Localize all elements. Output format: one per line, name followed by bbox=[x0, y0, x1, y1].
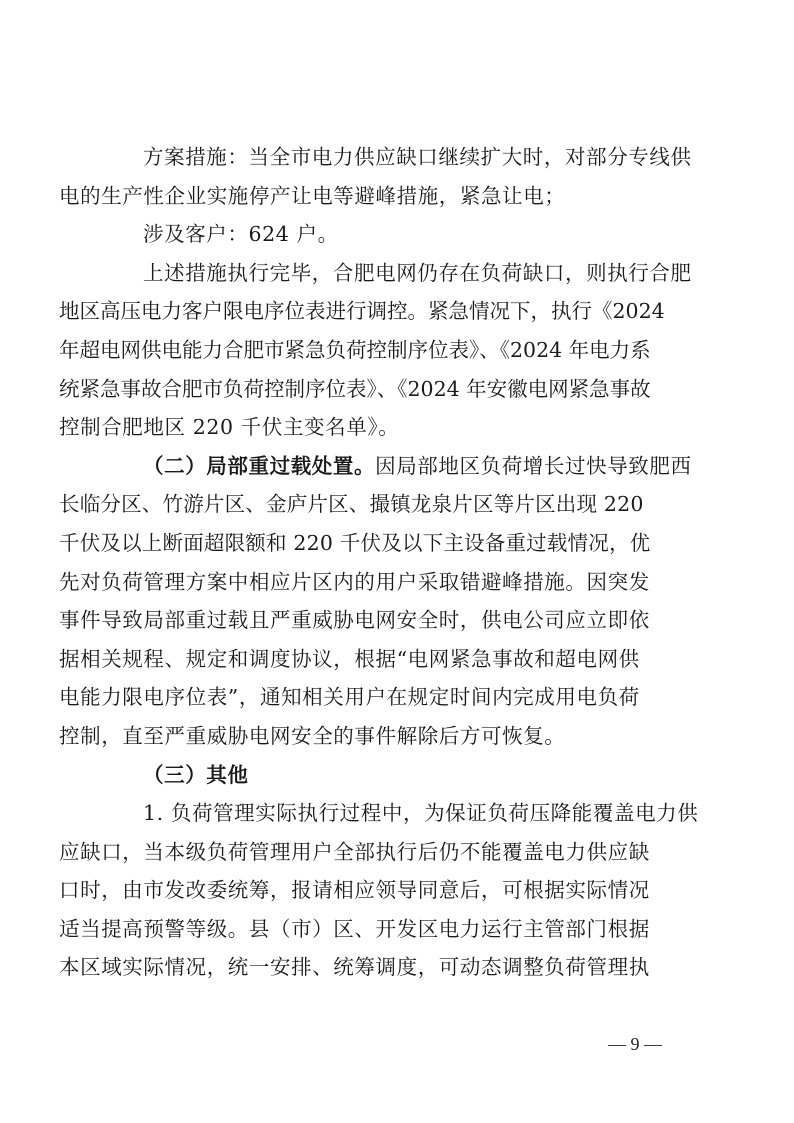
text-line: 应缺口，当本级负荷管理用户全部执行后仍不能覆盖电力供应缺 bbox=[101, 833, 695, 872]
section-heading: （二）局部重过载处置。 bbox=[143, 454, 375, 478]
section-heading-other: （三）其他 bbox=[101, 756, 695, 795]
text-line: 本区域实际情况，统一安排、统筹调度，可动态调整负荷管理执 bbox=[101, 948, 695, 987]
text-line: 电能力限电序位表”，通知相关用户在规定时间内完成用电负荷 bbox=[101, 678, 695, 717]
text-line: 事件导致局部重过载且严重威胁电网安全时，供电公司应立即依 bbox=[101, 601, 695, 640]
text-line: 统紧急事故合肥市负荷控制序位表》、《2024 年安徽电网紧急事故 bbox=[101, 370, 695, 409]
text-line: 涉及客户：624 户。 bbox=[101, 215, 695, 254]
text-line: 长临分区、竹游片区、金庐片区、撮镇龙泉片区等片区出现 220 bbox=[101, 485, 695, 524]
paragraph-after-measures: 上述措施执行完毕，合肥电网仍存在负荷缺口，则执行合肥 地区高压电力客户限电序位表… bbox=[101, 254, 695, 447]
text-line: 控制合肥地区 220 千伏主变名单》。 bbox=[101, 408, 695, 447]
paragraph-item-1: 1. 负荷管理实际执行过程中，为保证负荷压降能覆盖电力供 应缺口，当本级负荷管理… bbox=[101, 794, 695, 987]
text-line: 地区高压电力客户限电序位表进行调控。紧急情况下，执行《2024 bbox=[101, 292, 695, 331]
text-line: （二）局部重过载处置。因局部地区负荷增长过快导致肥西 bbox=[101, 447, 695, 486]
paragraph-plan-measures: 方案措施：当全市电力供应缺口继续扩大时，对部分专线供 电的生产性企业实施停产让电… bbox=[101, 138, 695, 215]
text-line: 方案措施：当全市电力供应缺口继续扩大时，对部分专线供 bbox=[101, 138, 695, 177]
text-run: 因局部地区负荷增长过快导致肥西 bbox=[375, 454, 692, 478]
text-line: 适当提高预警等级。县（市）区、开发区电力运行主管部门根据 bbox=[101, 910, 695, 949]
document-page: 方案措施：当全市电力供应缺口继续扩大时，对部分专线供 电的生产性企业实施停产让电… bbox=[101, 138, 695, 987]
text-line: 上述措施执行完毕，合肥电网仍存在负荷缺口，则执行合肥 bbox=[101, 254, 695, 293]
page-number: — 9 — bbox=[608, 1034, 662, 1055]
text-line: 千伏及以上断面超限额和 220 千伏及以下主设备重过载情况，优 bbox=[101, 524, 695, 563]
text-line: 口时，由市发改委统筹，报请相应领导同意后，可根据实际情况 bbox=[101, 871, 695, 910]
text-line: 年超电网供电能力合肥市紧急负荷控制序位表》、《2024 年电力系 bbox=[101, 331, 695, 370]
text-line: 控制，直至严重威胁电网安全的事件解除后方可恢复。 bbox=[101, 717, 695, 756]
paragraph-customers: 涉及客户：624 户。 bbox=[101, 215, 695, 254]
paragraph-section-2: （二）局部重过载处置。因局部地区负荷增长过快导致肥西 长临分区、竹游片区、金庐片… bbox=[101, 447, 695, 756]
text-line: 1. 负荷管理实际执行过程中，为保证负荷压降能覆盖电力供 bbox=[101, 794, 695, 833]
text-line: 先对负荷管理方案中相应片区内的用户采取错避峰措施。因突发 bbox=[101, 563, 695, 602]
text-line: 电的生产性企业实施停产让电等避峰措施，紧急让电； bbox=[101, 177, 695, 216]
text-line: 据相关规程、规定和调度协议，根据“电网紧急事故和超电网供 bbox=[101, 640, 695, 679]
